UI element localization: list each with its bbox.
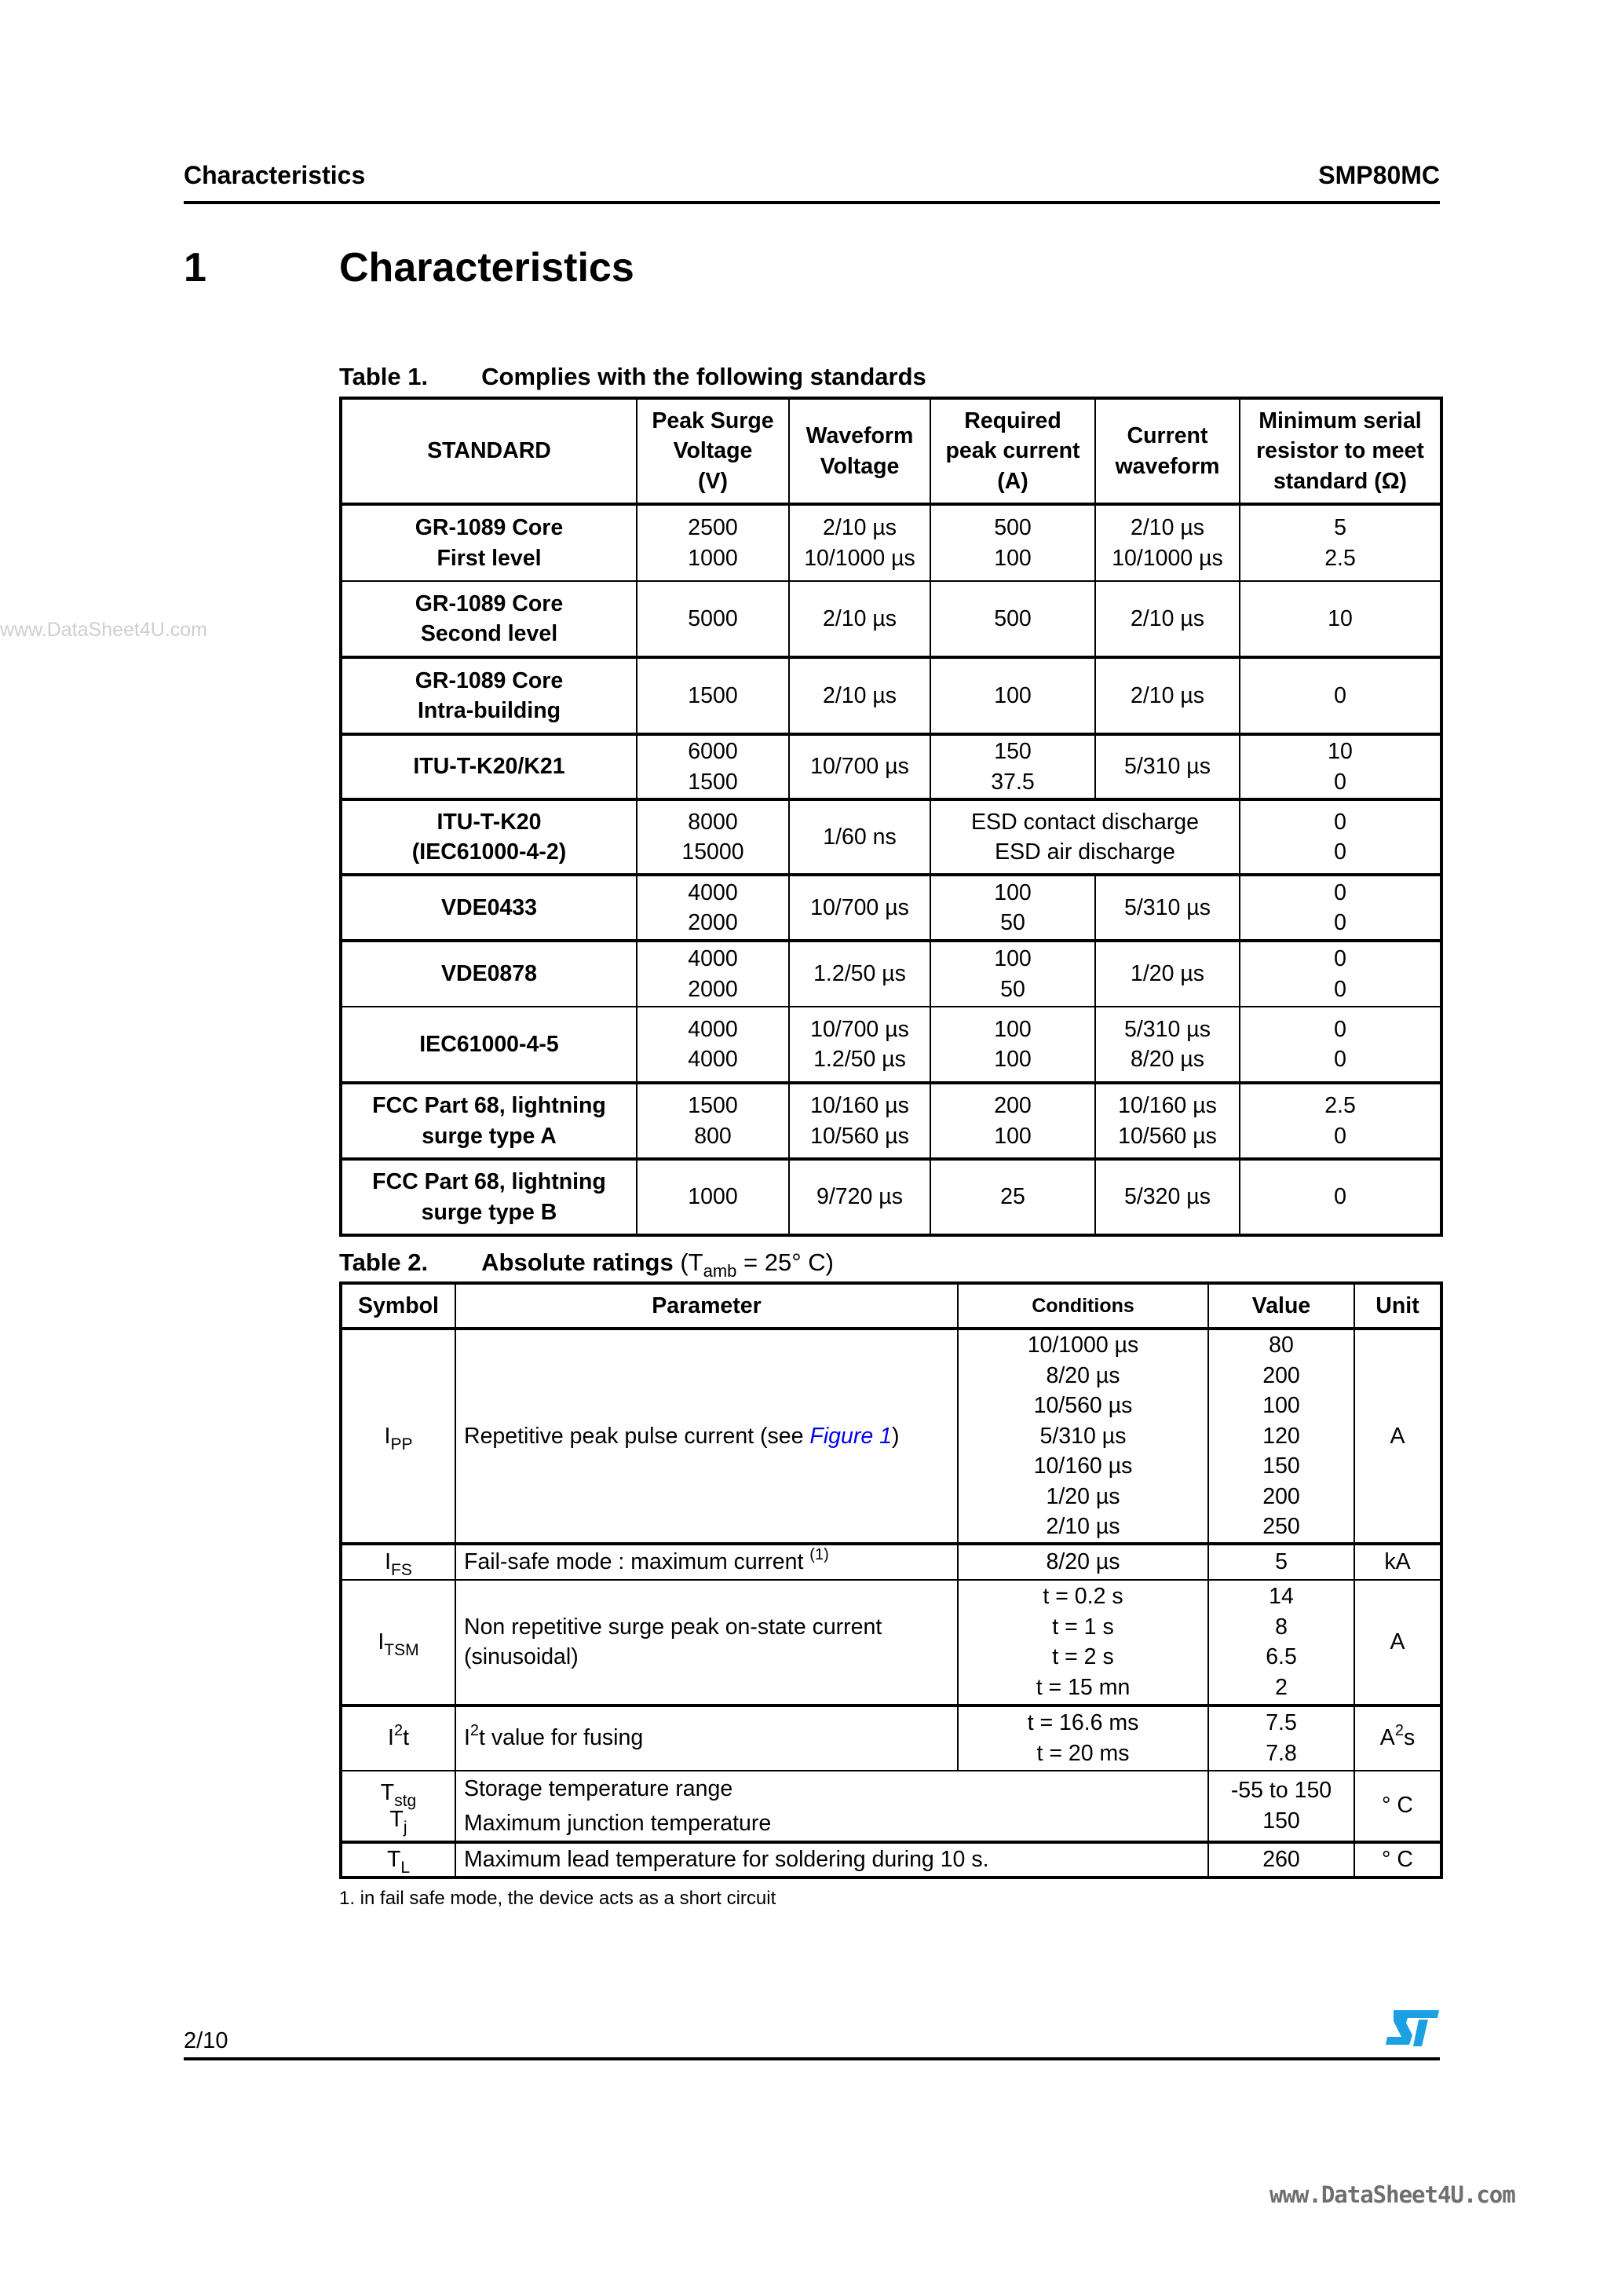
table-row: GR-1089 CoreIntra-building15002/10 µs100… — [341, 657, 1441, 734]
current-waveform: 5/310 µs — [1095, 734, 1240, 799]
col-header-current-waveform: Currentwaveform — [1095, 398, 1240, 504]
section-title: Characteristics — [339, 247, 634, 288]
col-header-value: Value — [1208, 1283, 1354, 1329]
section-number: 1 — [184, 247, 206, 288]
waveform-voltage: 9/720 µs — [789, 1159, 930, 1235]
current-waveform: 1/20 µs — [1095, 941, 1240, 1007]
parameter-ipp: Repetitive peak pulse current (see Figur… — [455, 1329, 958, 1544]
symbol-tl: TL — [341, 1842, 455, 1877]
parameter-ifs: Fail-safe mode : maximum current (1) — [455, 1544, 958, 1580]
min-serial-resistor: 0 — [1240, 1159, 1441, 1235]
page-number: 2/10 — [184, 2030, 228, 2053]
unit-tstg-tj: ° C — [1354, 1771, 1441, 1842]
peak-surge-voltage: 25001000 — [637, 504, 789, 581]
col-header-conditions: Conditions — [958, 1283, 1208, 1329]
symbol-itsm: ITSM — [341, 1580, 455, 1706]
symbol-i2t: I2t — [341, 1706, 455, 1771]
standard-name: FCC Part 68, lightningsurge type B — [341, 1159, 637, 1235]
col-header-peak-surge-voltage: Peak SurgeVoltage(V) — [637, 398, 789, 504]
table1-caption: Table 1.Complies with the following stan… — [339, 364, 926, 389]
min-serial-resistor: 10 — [1240, 581, 1441, 657]
min-serial-resistor: 00 — [1240, 875, 1441, 941]
waveform-voltage: 10/700 µs1.2/50 µs — [789, 1007, 930, 1083]
table-row-i2t: I2t I2t value for fusing t = 16.6 mst = … — [341, 1706, 1441, 1771]
parameter-itsm: Non repetitive surge peak on-state curre… — [455, 1580, 958, 1706]
table-row-tl: TL Maximum lead temperature for solderin… — [341, 1842, 1441, 1877]
current-waveform: 10/160 µs10/560 µs — [1095, 1083, 1240, 1159]
current-waveform: 2/10 µs10/1000 µs — [1095, 504, 1240, 581]
peak-surge-voltage: 40004000 — [637, 1007, 789, 1083]
table-row-ipp: IPP Repetitive peak pulse current (see F… — [341, 1329, 1441, 1544]
table-row: ITU-T-K20/K216000150010/700 µs15037.55/3… — [341, 734, 1441, 799]
symbol-ifs: IFS — [341, 1544, 455, 1580]
table1-title: Complies with the following standards — [481, 363, 926, 390]
parameter-tstg-tj: Storage temperature rangeMaximum junctio… — [455, 1771, 1208, 1842]
required-peak-current: 15037.5 — [930, 734, 1095, 799]
peak-surge-voltage: 1000 — [637, 1159, 789, 1235]
table-row: GR-1089 CoreSecond level50002/10 µs5002/… — [341, 581, 1441, 657]
waveform-voltage: 1/60 ns — [789, 799, 930, 875]
required-peak-current: 200100 — [930, 1083, 1095, 1159]
table-row-itsm: ITSM Non repetitive surge peak on-state … — [341, 1580, 1441, 1706]
waveform-voltage: 2/10 µs — [789, 657, 930, 734]
col-header-required-peak-current: Requiredpeak current(A) — [930, 398, 1095, 504]
running-header-part-number: SMP80MC — [1318, 163, 1440, 188]
min-serial-resistor: 00 — [1240, 1007, 1441, 1083]
peak-surge-voltage: 1500 — [637, 657, 789, 734]
watermark-left: www.DataSheet4U.com — [0, 620, 207, 640]
standard-name: ITU-T-K20/K21 — [341, 734, 637, 799]
conditions-i2t: t = 16.6 mst = 20 ms — [958, 1706, 1208, 1771]
table2-header-row: Symbol Parameter Conditions Value Unit — [341, 1283, 1441, 1329]
peak-surge-voltage: 40002000 — [637, 941, 789, 1007]
peak-surge-voltage: 40002000 — [637, 875, 789, 941]
peak-surge-voltage: 800015000 — [637, 799, 789, 875]
footnote-ref[interactable]: (1) — [809, 1546, 828, 1563]
parameter-i2t: I2t value for fusing — [455, 1706, 958, 1771]
waveform-voltage: 10/700 µs — [789, 734, 930, 799]
current-waveform: 5/310 µs8/20 µs — [1095, 1007, 1240, 1083]
current-waveform: 2/10 µs — [1095, 581, 1240, 657]
table-row: GR-1089 CoreFirst level250010002/10 µs10… — [341, 504, 1441, 581]
table-row: IEC61000-4-54000400010/700 µs1.2/50 µs10… — [341, 1007, 1441, 1083]
table2-caption: Table 2.Absolute ratings (Tamb = 25° C) — [339, 1250, 834, 1274]
min-serial-resistor: 52.5 — [1240, 504, 1441, 581]
values-tstg-tj: -55 to 150150 — [1208, 1771, 1354, 1842]
table1-header-row: STANDARDPeak SurgeVoltage(V)WaveformVolt… — [341, 398, 1441, 504]
min-serial-resistor: 00 — [1240, 799, 1441, 875]
table1-label: Table 1. — [339, 363, 428, 390]
min-serial-resistor: 100 — [1240, 734, 1441, 799]
standard-name: VDE0433 — [341, 875, 637, 941]
waveform-voltage: 10/700 µs — [789, 875, 930, 941]
conditions-ifs: 8/20 µs — [958, 1544, 1208, 1580]
values-itsm: 1486.52 — [1208, 1580, 1354, 1706]
required-peak-current: 10050 — [930, 875, 1095, 941]
footer-rule — [184, 2057, 1440, 2060]
unit-ifs: kA — [1354, 1544, 1441, 1580]
unit-i2t: A2s — [1354, 1706, 1441, 1771]
table2-title: Absolute ratings — [481, 1249, 674, 1276]
unit-itsm: A — [1354, 1580, 1441, 1706]
required-peak-current: 25 — [930, 1159, 1095, 1235]
st-logo-icon — [1384, 2009, 1441, 2048]
footnote-1: 1. in fail safe mode, the device acts as… — [339, 1888, 776, 1909]
col-header-standard: STANDARD — [341, 398, 637, 504]
values-ipp: 80200100120150200250 — [1208, 1329, 1354, 1544]
standard-name: ITU-T-K20(IEC61000-4-2) — [341, 799, 637, 875]
required-peak-current: 100100 — [930, 1007, 1095, 1083]
table-row-tstg-tj: Tstg Tj Storage temperature rangeMaximum… — [341, 1771, 1441, 1842]
symbol-ipp: IPP — [341, 1329, 455, 1544]
table2-label: Table 2. — [339, 1249, 428, 1276]
table-row: ITU-T-K20(IEC61000-4-2)8000150001/60 nsE… — [341, 799, 1441, 875]
waveform-voltage: 2/10 µs — [789, 581, 930, 657]
col-header-unit: Unit — [1354, 1283, 1441, 1329]
min-serial-resistor: 2.50 — [1240, 1083, 1441, 1159]
table-row: FCC Part 68, lightningsurge type A150080… — [341, 1083, 1441, 1159]
standard-name: GR-1089 CoreIntra-building — [341, 657, 637, 734]
unit-ipp: A — [1354, 1329, 1441, 1544]
min-serial-resistor: 0 — [1240, 657, 1441, 734]
peak-surge-voltage: 5000 — [637, 581, 789, 657]
current-waveform: 5/310 µs — [1095, 875, 1240, 941]
standard-name: GR-1089 CoreFirst level — [341, 504, 637, 581]
header-rule — [184, 201, 1440, 204]
standards-table: STANDARDPeak SurgeVoltage(V)WaveformVolt… — [339, 397, 1443, 1237]
min-serial-resistor: 00 — [1240, 941, 1441, 1007]
running-header-section: Characteristics — [184, 163, 365, 188]
col-header-symbol: Symbol — [341, 1283, 455, 1329]
conditions-itsm: t = 0.2 st = 1 st = 2 st = 15 mn — [958, 1580, 1208, 1706]
current-waveform: 2/10 µs — [1095, 657, 1240, 734]
col-header-parameter: Parameter — [455, 1283, 958, 1329]
figure-1-link[interactable]: Figure 1 — [809, 1424, 892, 1449]
required-peak-current: 500100 — [930, 504, 1095, 581]
required-peak-current: 100 — [930, 657, 1095, 734]
esd-discharge-type: ESD contact dischargeESD air discharge — [930, 799, 1240, 875]
required-peak-current: 10050 — [930, 941, 1095, 1007]
values-ifs: 5 — [1208, 1544, 1354, 1580]
parameter-tl: Maximum lead temperature for soldering d… — [455, 1842, 1208, 1877]
col-header-waveform-voltage: WaveformVoltage — [789, 398, 930, 504]
current-waveform: 5/320 µs — [1095, 1159, 1240, 1235]
waveform-voltage: 1.2/50 µs — [789, 941, 930, 1007]
table-row-ifs: IFS Fail-safe mode : maximum current (1)… — [341, 1544, 1441, 1580]
peak-surge-voltage: 60001500 — [637, 734, 789, 799]
peak-surge-voltage: 1500800 — [637, 1083, 789, 1159]
table-row: VDE0878400020001.2/50 µs100501/20 µs00 — [341, 941, 1441, 1007]
absolute-ratings-table: Symbol Parameter Conditions Value Unit I… — [339, 1281, 1443, 1879]
col-header-min-serial-resistor: Minimum serialresistor to meetstandard (… — [1240, 398, 1441, 504]
standard-name: IEC61000-4-5 — [341, 1007, 637, 1083]
values-tl: 260 — [1208, 1842, 1354, 1877]
table2-condition: (Tamb = 25° C) — [680, 1249, 834, 1276]
watermark-bottom-right: www.DataSheet4U.com — [1269, 2184, 1515, 2206]
table-row: VDE04334000200010/700 µs100505/310 µs00 — [341, 875, 1441, 941]
required-peak-current: 500 — [930, 581, 1095, 657]
standard-name: GR-1089 CoreSecond level — [341, 581, 637, 657]
standard-name: VDE0878 — [341, 941, 637, 1007]
waveform-voltage: 2/10 µs10/1000 µs — [789, 504, 930, 581]
symbol-tstg-tj: Tstg Tj — [341, 1771, 455, 1842]
standard-name: FCC Part 68, lightningsurge type A — [341, 1083, 637, 1159]
table-row: FCC Part 68, lightningsurge type B10009/… — [341, 1159, 1441, 1235]
conditions-ipp: 10/1000 µs8/20 µs10/560 µs5/310 µs10/160… — [958, 1329, 1208, 1544]
values-i2t: 7.57.8 — [1208, 1706, 1354, 1771]
waveform-voltage: 10/160 µs10/560 µs — [789, 1083, 930, 1159]
unit-tl: ° C — [1354, 1842, 1441, 1877]
